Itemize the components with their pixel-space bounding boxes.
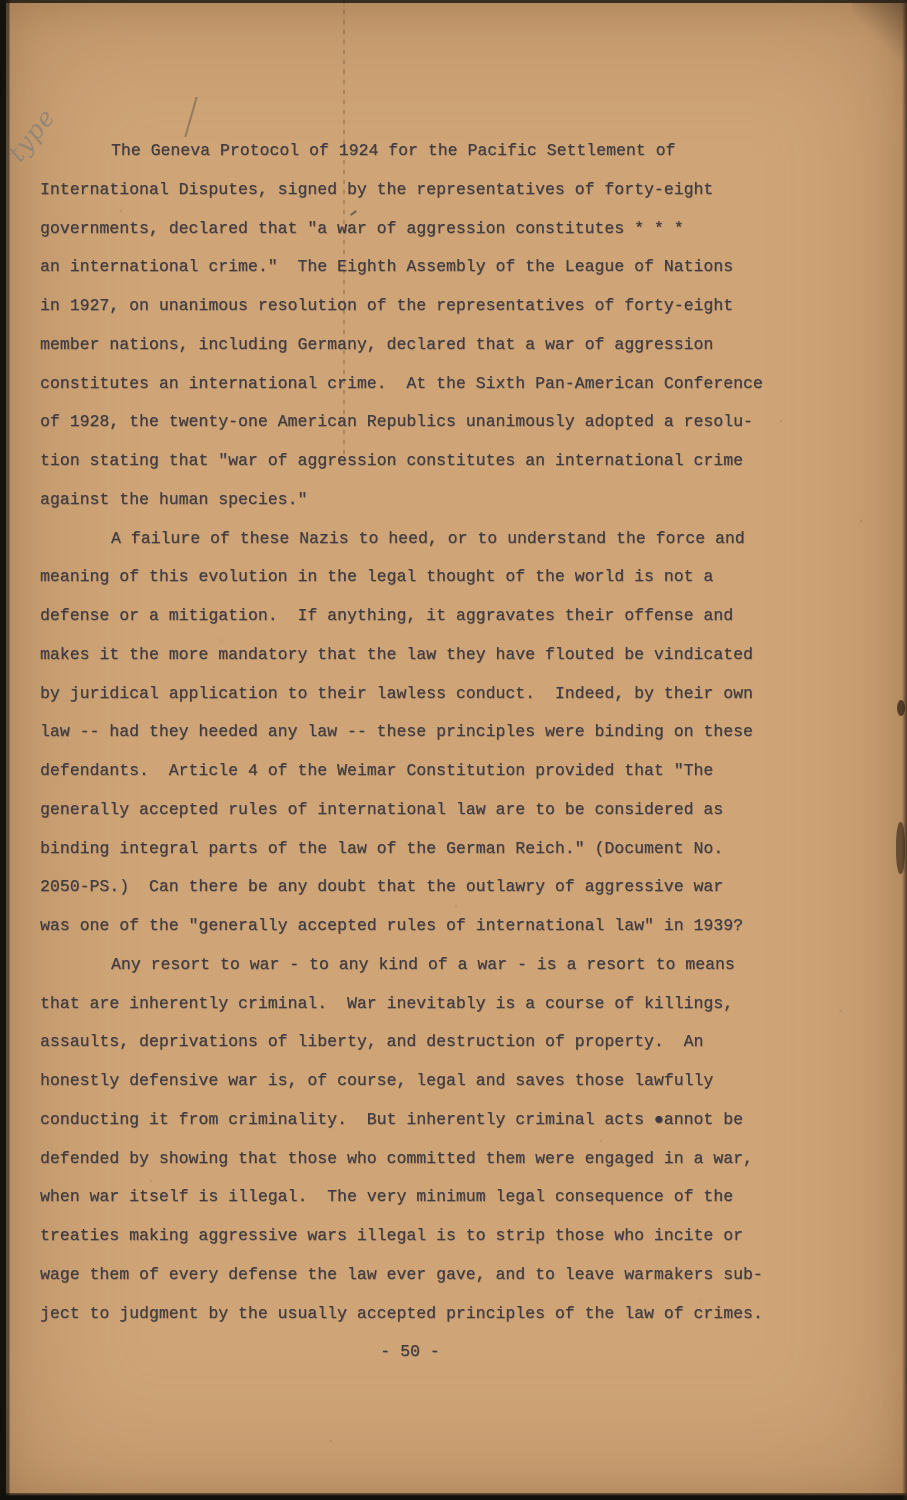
text-line: constitutes an international crime. At t… (40, 365, 780, 404)
scan-corner-shadow (852, 0, 907, 70)
text-line: of 1928, the twenty-one American Republi… (40, 403, 780, 442)
text-line: tion stating that "war of aggression con… (40, 442, 780, 481)
text-line: conducting it from criminality. But inhe… (40, 1101, 780, 1140)
page-number: - 50 - (40, 1333, 780, 1372)
scan-edge-left (0, 0, 10, 1500)
scan-edge-top (0, 0, 907, 3)
scan-edge-bottom (0, 1493, 907, 1500)
text-line: was one of the "generally accepted rules… (40, 907, 780, 946)
text-line: assaults, deprivations of liberty, and d… (40, 1023, 780, 1062)
text-line: wage them of every defense the law ever … (40, 1256, 780, 1295)
text-line: makes it the more mandatory that the law… (40, 636, 780, 675)
text-line: International Disputes, signed by the re… (40, 171, 780, 210)
text-line: defense or a mitigation. If anything, it… (40, 597, 780, 636)
typewritten-text-block: The Geneva Protocol of 1924 for the Paci… (40, 132, 780, 1372)
text-line: law -- had they heeded any law -- these … (40, 713, 780, 752)
text-line: ject to judgment by the usually accepted… (40, 1295, 780, 1334)
text-line: generally accepted rules of internationa… (40, 791, 780, 830)
text-line: Any resort to war - to any kind of a war… (40, 946, 780, 985)
text-line: 2050-PS.) Can there be any doubt that th… (40, 868, 780, 907)
text-line: defendants. Article 4 of the Weimar Cons… (40, 752, 780, 791)
text-line: binding integral parts of the law of the… (40, 830, 780, 869)
text-line: against the human species." (40, 481, 780, 520)
text-line: by juridical application to their lawles… (40, 675, 780, 714)
text-line: treaties making aggressive wars illegal … (40, 1217, 780, 1256)
text-line: honestly defensive war is, of course, le… (40, 1062, 780, 1101)
scan-edge-blot (896, 822, 905, 874)
scanned-document-page: type The Geneva Protocol of 1924 for the… (0, 0, 907, 1500)
text-line: that are inherently criminal. War inevit… (40, 985, 780, 1024)
text-line: The Geneva Protocol of 1924 for the Paci… (40, 132, 780, 171)
scan-edge-blot (897, 700, 905, 716)
text-line: defended by showing that those who commi… (40, 1140, 780, 1179)
scan-edge-right (902, 0, 907, 1500)
text-line: an international crime." The Eighth Asse… (40, 248, 780, 287)
text-line: member nations, including Germany, decla… (40, 326, 780, 365)
text-line: meaning of this evolution in the legal t… (40, 558, 780, 597)
text-line: governments, declared that "a war of agg… (40, 210, 780, 249)
text-line: when war itself is illegal. The very min… (40, 1178, 780, 1217)
text-line: A failure of these Nazis to heed, or to … (40, 520, 780, 559)
text-line: in 1927, on unanimous resolution of the … (40, 287, 780, 326)
